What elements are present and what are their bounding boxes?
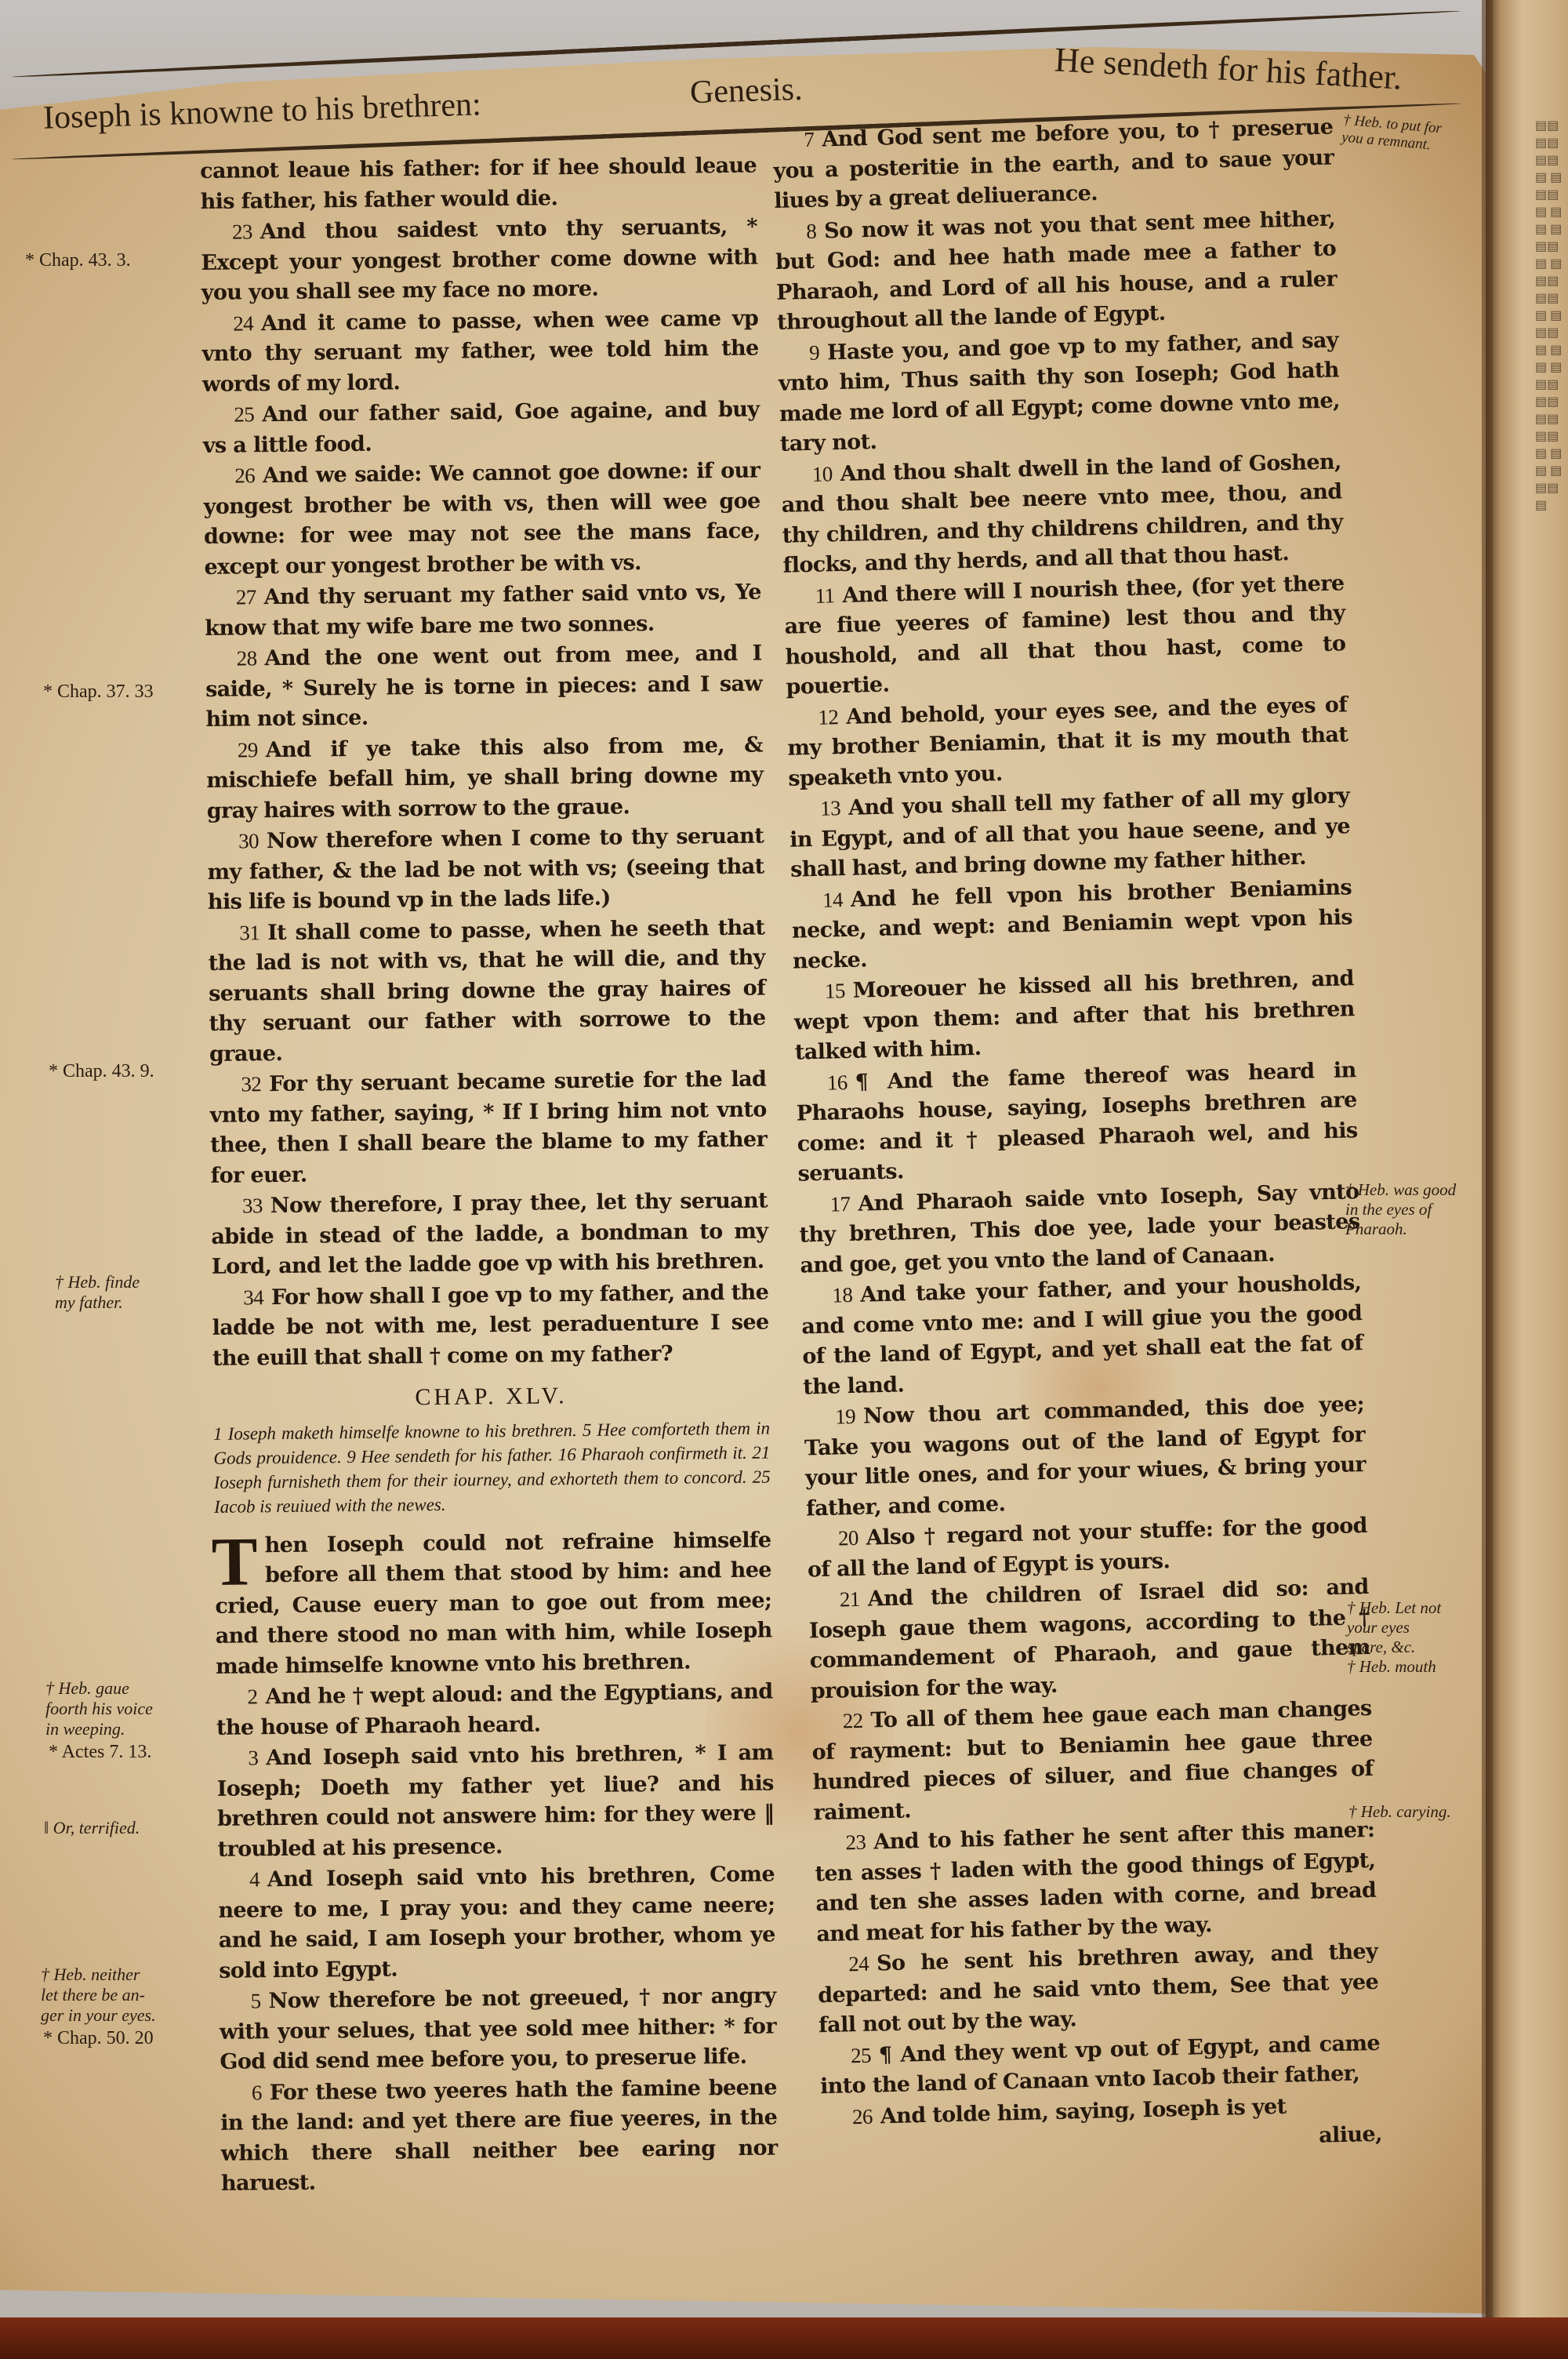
verse-number: 16 bbox=[826, 1070, 848, 1095]
verse-number: 8 bbox=[806, 219, 817, 242]
left-text-column: cannot leaue his father: for if hee shou… bbox=[200, 157, 757, 2200]
margin-note: † Heb. finde my father. bbox=[55, 1272, 140, 1313]
verse-number: 25 bbox=[851, 2043, 872, 2067]
leather-binding bbox=[0, 2317, 1568, 2359]
verse-number: 9 bbox=[809, 340, 820, 364]
verse-number: 20 bbox=[838, 1526, 859, 1550]
verse-number: 24 bbox=[848, 1952, 869, 1976]
chapter-opening-verse: Then Ioseph could not refraine himselfe … bbox=[214, 1525, 772, 1682]
verse-34: 34For how shall I goe vp to my father, a… bbox=[212, 1277, 769, 1374]
verse-13: 13And you shall tell my father of all my… bbox=[789, 780, 1352, 885]
verse-number: 23 bbox=[845, 1830, 866, 1855]
verse-number: 27 bbox=[236, 585, 256, 609]
verse-5: 5Now therefore be not greeued, † nor ang… bbox=[219, 1980, 776, 2077]
chapter-summary: 1 Ioseph maketh himselfe knowne to his b… bbox=[213, 1416, 771, 1518]
book-gutter bbox=[1482, 0, 1493, 2359]
margin-note: † Heb. Let not your eyes spare, &c. † He… bbox=[1347, 1598, 1441, 1677]
verse-30: 30Now therefore when I come to thy serua… bbox=[207, 821, 764, 918]
verse-2: 2And he † wept aloud: and the Egyptians,… bbox=[216, 1676, 773, 1743]
margin-note: † Heb. neither let there be an- ger in y… bbox=[41, 1965, 156, 2026]
verse-15: 15Moreouer he kissed all his brethren, a… bbox=[793, 963, 1356, 1068]
verse-number: 28 bbox=[237, 646, 257, 670]
margin-cross-reference: * Actes 7. 13. bbox=[49, 1741, 151, 1763]
verse-8: 8So now it was not you that sent mee hit… bbox=[775, 203, 1338, 338]
verse-number: 7 bbox=[804, 128, 815, 151]
margin-cross-reference: * Chap. 43. 9. bbox=[49, 1060, 154, 1082]
verse-32: 32For thy seruant became suretie for the… bbox=[209, 1064, 768, 1191]
verse-3: 3And Ioseph said vnto his brethren, * I … bbox=[216, 1737, 775, 1864]
verse-23: 23And thou saidest vnto thy seruants, * … bbox=[201, 212, 758, 309]
verse-number: 5 bbox=[250, 1989, 260, 2012]
verse-7: 7And God sent me before you, to † preser… bbox=[772, 112, 1335, 217]
verse-24: 24So he sent his brethren away, and they… bbox=[817, 1936, 1380, 2041]
verse-number: 26 bbox=[852, 2104, 873, 2128]
facing-page-text-fragment: ▤▤▤▤ ▤▤▤ ▤▤▤▤ ▤▤ ▤▤▤▤ ▤▤▤ ▤▤▤ ▤▤▤▤ ▤▤ ▤▤… bbox=[1535, 118, 1566, 514]
verse-number: 26 bbox=[234, 463, 255, 487]
verse-number: 17 bbox=[829, 1191, 851, 1216]
verse-31: 31It shall come to passe, when he seeth … bbox=[208, 912, 766, 1070]
verse-number: 25 bbox=[234, 402, 254, 426]
verse-number: 12 bbox=[818, 705, 839, 729]
verse-number: 2 bbox=[247, 1685, 257, 1708]
margin-note: † Heb. carying. bbox=[1348, 1802, 1451, 1822]
verse-22: 22To all of them hee gaue each man chang… bbox=[811, 1693, 1374, 1828]
verse-11: 11And there will I nourish thee, (for ye… bbox=[783, 568, 1347, 703]
margin-note: † Heb. gaue foorth his voice in weeping. bbox=[45, 1678, 153, 1739]
drop-cap: T bbox=[211, 1534, 257, 1591]
verse-number: 6 bbox=[252, 2081, 262, 2104]
verse-28: 28And the one went out from mee, and I s… bbox=[205, 638, 763, 736]
verse-number: 14 bbox=[822, 888, 844, 912]
verse-number: 31 bbox=[239, 921, 260, 944]
verse-number: 4 bbox=[249, 1867, 260, 1891]
running-head-book-title: Genesis. bbox=[689, 71, 803, 111]
verse-6: 6For these two yeeres hath the famine be… bbox=[220, 2072, 779, 2199]
verse-number: 32 bbox=[241, 1072, 261, 1096]
verse-number: 23 bbox=[232, 220, 252, 243]
verse-18: 18And take your father, and your houshol… bbox=[800, 1267, 1364, 1402]
verse-number: 22 bbox=[842, 1709, 863, 1733]
verse-number: 29 bbox=[238, 738, 258, 761]
verse-14: 14And he fell vpon his brother Beniamins… bbox=[791, 872, 1354, 977]
verse-19: 19Now thou art commanded, this doe yee; … bbox=[804, 1389, 1367, 1524]
verse-25: 25And our father said, Goe againe, and b… bbox=[202, 394, 760, 461]
verse-number: 34 bbox=[243, 1285, 263, 1309]
verse-29: 29And if ye take this also from me, & mi… bbox=[206, 729, 764, 827]
verse-number: 18 bbox=[832, 1283, 853, 1307]
verse-number: 11 bbox=[815, 583, 835, 608]
verse-number: 33 bbox=[242, 1194, 263, 1217]
margin-cross-reference: * Chap. 37. 33 bbox=[43, 681, 154, 703]
verse-23: 23And to his father he sent after this m… bbox=[814, 1815, 1377, 1950]
verse-number: 21 bbox=[840, 1587, 861, 1612]
margin-cross-reference: * Chap. 50. 20 bbox=[43, 2027, 154, 2049]
verse-33: 33Now therefore, I pray thee, let thy se… bbox=[211, 1185, 768, 1282]
margin-note: † Heb. was good in the eyes of Pharaoh. bbox=[1345, 1180, 1456, 1239]
verse-9: 9Haste you, and goe vp to my father, and… bbox=[778, 325, 1341, 460]
verse-26: 26And we saide: We cannot goe downe: if … bbox=[203, 456, 761, 583]
margin-cross-reference: * Chap. 43. 3. bbox=[25, 249, 131, 271]
verse-number: 30 bbox=[238, 829, 259, 852]
right-text-column: 7And God sent me before you, to † preser… bbox=[772, 125, 1333, 2165]
verse-number: 3 bbox=[248, 1746, 258, 1769]
verse-17: 17And Pharaoh saide vnto Ioseph, Say vnt… bbox=[798, 1176, 1361, 1281]
chapter-heading: CHAP. XLV. bbox=[212, 1379, 769, 1415]
verse-number: 10 bbox=[812, 462, 833, 486]
verse-24: 24And it came to passe, when wee came vp… bbox=[201, 303, 759, 400]
verse-number: 24 bbox=[233, 311, 253, 335]
verse-number: 19 bbox=[835, 1405, 856, 1429]
verse-12: 12And behold, your eyes see, and the eye… bbox=[786, 689, 1349, 794]
verse-number: 13 bbox=[820, 796, 841, 820]
verse-10: 10And thou shalt dwell in the land of Go… bbox=[780, 446, 1344, 581]
verse-21: 21And the children of Israel did so: and… bbox=[808, 1572, 1371, 1707]
verse-4: 4And Ioseph said vnto his brethren, Come… bbox=[218, 1859, 776, 1986]
verse: cannot leaue his father: for if hee shou… bbox=[200, 151, 757, 217]
margin-note: ‖ Or, terrified. bbox=[44, 1818, 140, 1838]
verse-27: 27And thy seruant my father said vnto vs… bbox=[205, 577, 762, 644]
verse-number: 15 bbox=[825, 979, 846, 1003]
verse-16: 16¶ And the fame thereof was heard in Ph… bbox=[795, 1055, 1359, 1190]
